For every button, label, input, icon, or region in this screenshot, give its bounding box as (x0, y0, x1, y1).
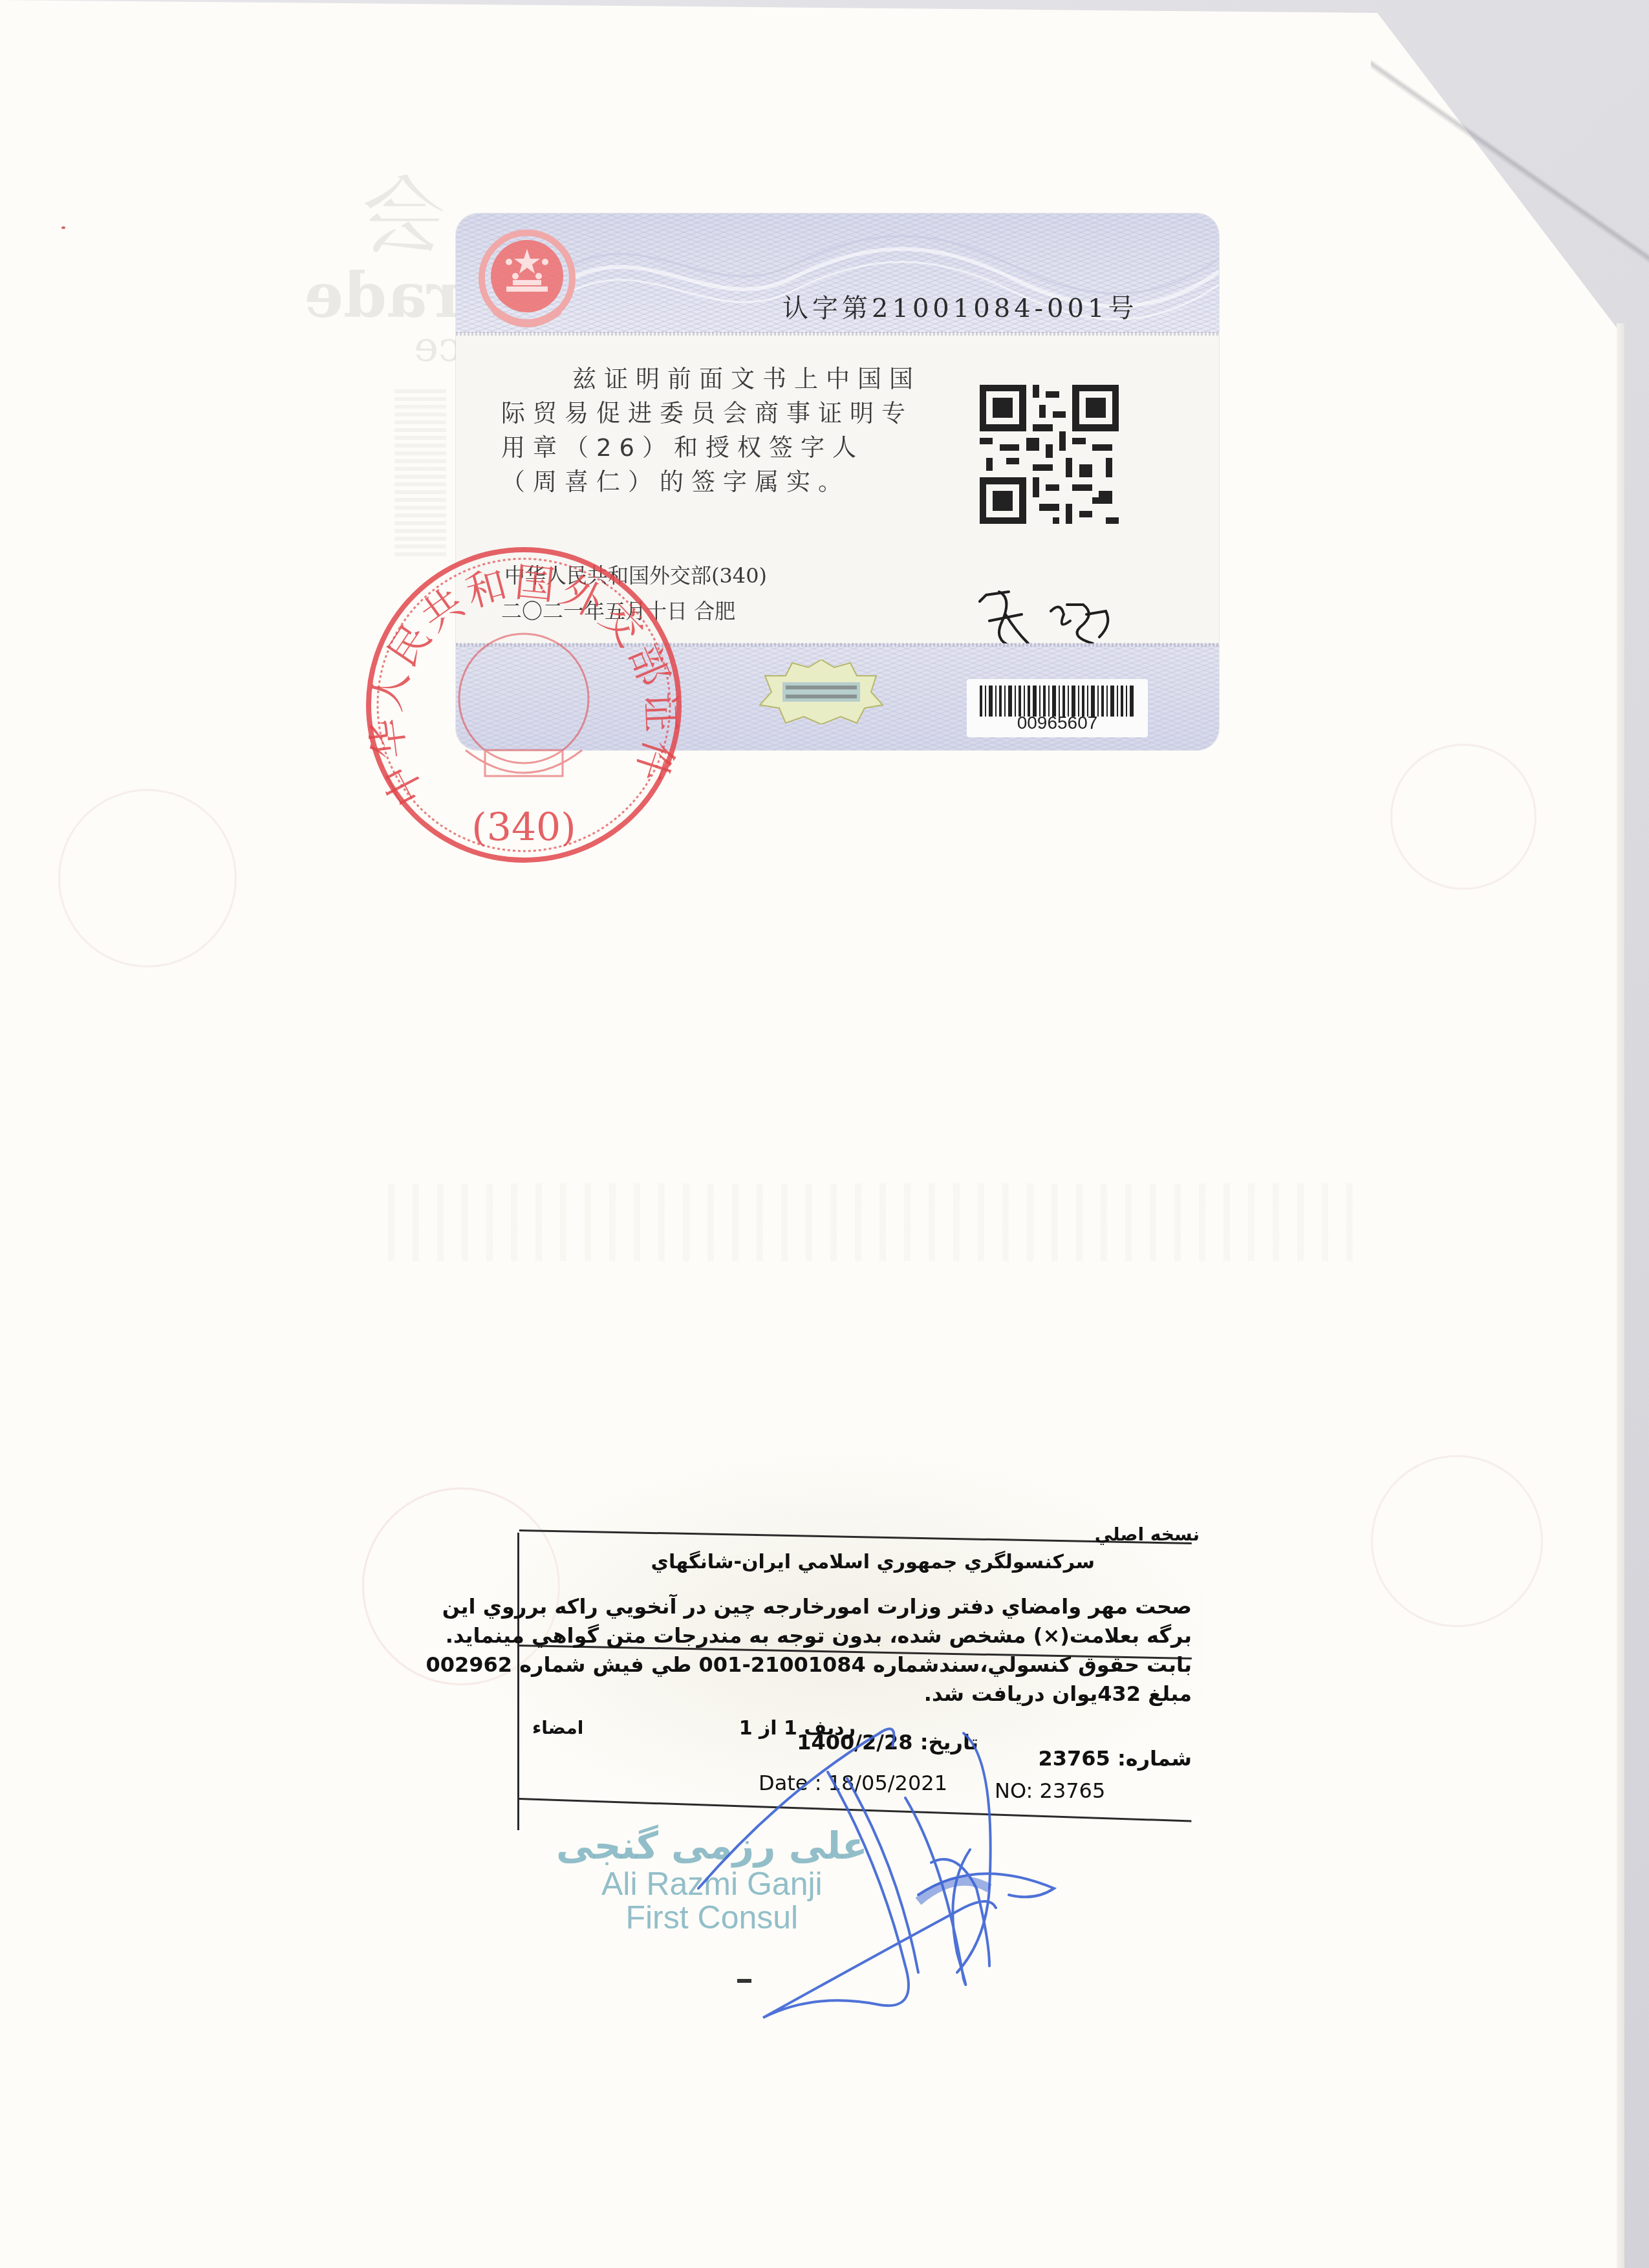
consul-name: Ali Razmi Ganji (556, 1865, 868, 1903)
consul-title: First Consul (556, 1899, 868, 1936)
iran-consulate-stamp: نسخه اصلي سركنسولگري جمهوري اسلامي ايران… (517, 1533, 1192, 1830)
consulate-text-line: صحت مهر وامضاي دفتر وزارت امورخارجه چين … (442, 1594, 1192, 1619)
consulate-text-line: برگه بعلامت(×) مشخص شده، بدون توجه به من… (446, 1623, 1192, 1648)
signature-label: امضاء (532, 1717, 583, 1738)
china-legalization-sticker: 认字第21001084-001号 兹证明前面文书上中国国 际贸易促进委员会商事证… (456, 213, 1219, 750)
certification-line: 兹证明前面文书上中国国 (501, 362, 947, 396)
barcode-icon (980, 686, 1135, 717)
bleed-through-seal (58, 789, 237, 967)
barcode-number: 00965607 (967, 713, 1148, 733)
certification-line: （周喜仁）的签字属实。 (501, 465, 947, 499)
consul-name-stamp: علی رزمی گنجی Ali Razmi Ganji First Cons… (556, 1824, 868, 1936)
certification-line: 用章（26）和授权签字人 (501, 431, 947, 465)
certificate-number: 认字第21001084-001号 (782, 288, 1137, 325)
barcode-label: 00965607 (967, 679, 1148, 737)
consulate-name: سركنسولگري جمهوري اسلامي ايران-شانگهاي (651, 1551, 1095, 1573)
document-page: 会 Ial Trade rce 认字第21001084-001号 兹证明前面文书… (0, 0, 1624, 2268)
issuing-authority: 中华人民共和国外交部(340) (504, 559, 767, 589)
stamp-number: NO: 23765 (995, 1778, 1105, 1803)
issue-date-place: 二〇二一年五月十日 合肥 (501, 595, 735, 625)
qr-code-icon (980, 385, 1119, 524)
bleed-through-character: 会 (362, 149, 446, 270)
ink-speck (61, 226, 65, 229)
consulate-text-line: مبلغ 432يوان دريافت شد. (924, 1681, 1192, 1706)
national-emblem-icon (475, 223, 579, 340)
red-seal-number: (340) (471, 805, 576, 850)
bleed-through-seal (1390, 744, 1536, 890)
consul-name-persian: علی رزمی گنجی (556, 1824, 868, 1868)
original-copy-label: نسخه اصلي (1095, 1524, 1200, 1545)
bleed-through-seal (1371, 1455, 1543, 1627)
persian-number: شماره: 23765 (1038, 1746, 1192, 1771)
bleed-through-text-block (388, 1183, 1358, 1261)
hologram-icon (753, 660, 889, 724)
consulate-text-line: بابت حقوق كنسولي،سندشماره 21001084-001 ط… (426, 1652, 1192, 1677)
gregorian-date: Date : 18/05/2021 (759, 1771, 947, 1795)
certification-line: 际贸易促进委员会商事证明专 (501, 396, 947, 431)
certification-text: 兹证明前面文书上中国国 际贸易促进委员会商事证明专 用章（26）和授权签字人 （… (501, 362, 947, 499)
persian-date: تاريخ: 1400/2/28 (797, 1730, 978, 1755)
microtext-line (456, 643, 1219, 647)
bleed-through-qr (394, 388, 446, 556)
page-right-edge (1617, 323, 1624, 2268)
